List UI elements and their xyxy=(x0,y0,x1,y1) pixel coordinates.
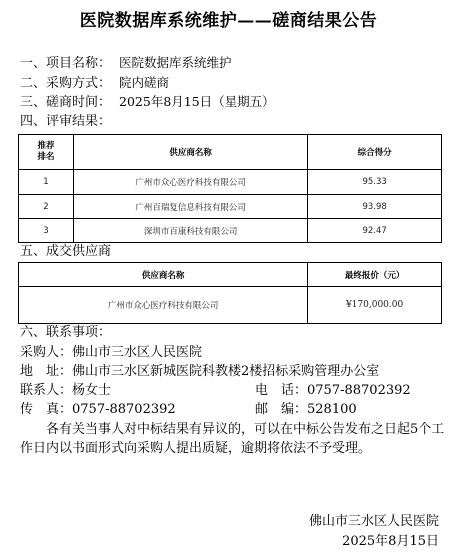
signature-org: 佛山市三水区人民医院 xyxy=(309,510,439,529)
table-row: 广州市众心医疗科技有限公司 ¥170,000.00 xyxy=(19,287,442,324)
table-row: 3 深圳市百康科技有限公司 92.47 xyxy=(19,219,442,243)
winner-heading: 五、成交供应商 xyxy=(20,244,111,260)
address-value: 佛山市三水区新城医院科教楼2楼招标采购管理办公室 xyxy=(72,364,379,380)
fax-label: 传 真： xyxy=(20,402,72,418)
table-row: 2 广州百瑞复信息科技有限公司 93.98 xyxy=(19,195,442,219)
phone-label: 电 话： xyxy=(255,383,307,399)
winner-label: 五、成交供应商 xyxy=(20,244,111,260)
price-cell: ¥170,000.00 xyxy=(308,287,442,324)
review-results-table: 推荐排名 供应商名称 综合得分 1 广州市众心医疗科技有限公司 95.33 2 … xyxy=(18,134,442,243)
negotiation-time-value: 2025年8月15日（星期五） xyxy=(119,94,275,110)
rank-cell: 1 xyxy=(19,170,74,195)
winning-supplier-table: 供应商名称 最终报价（元） 广州市众心医疗科技有限公司 ¥170,000.00 xyxy=(18,262,442,324)
negotiation-time-line: 三、磋商时间：2025年8月15日（星期五） xyxy=(20,94,275,111)
rank-cell: 2 xyxy=(19,195,74,219)
project-name-value: 医院数据库系统维护 xyxy=(119,55,232,71)
fax-line: 传 真：0757-88702392 xyxy=(20,402,176,418)
supplier-cell: 广州百瑞复信息科技有限公司 xyxy=(73,195,307,219)
header-supplier: 供应商名称 xyxy=(73,135,307,170)
signature-date: 2025年8月15日 xyxy=(342,530,439,549)
objection-notice: 各有关当事人对中标结果有异议的，可以在中标公告发布之日起5个工作日内以书面形式向… xyxy=(20,420,445,458)
contact-heading: 六、联系事项： xyxy=(20,325,111,341)
purchaser-label: 采购人： xyxy=(20,345,72,361)
procurement-method-line: 二、采购方式：院内磋商 xyxy=(20,75,169,92)
contact-person-value: 杨女士 xyxy=(72,383,111,399)
table-header-row: 供应商名称 最终报价（元） xyxy=(19,263,442,287)
project-name-label: 一、项目名称： xyxy=(20,56,111,72)
contact-person-line: 联系人：杨女士 xyxy=(20,383,111,399)
review-result-heading: 四、评审结果： xyxy=(20,114,111,130)
score-cell: 95.33 xyxy=(308,170,442,195)
table-header-row: 推荐排名 供应商名称 综合得分 xyxy=(19,135,442,170)
table-row: 1 广州市众心医疗科技有限公司 95.33 xyxy=(19,170,442,195)
postcode-label: 邮 编： xyxy=(255,402,307,418)
header-score: 综合得分 xyxy=(308,135,442,170)
purchaser-line: 采购人：佛山市三水区人民医院 xyxy=(20,345,202,361)
header-rank: 推荐排名 xyxy=(19,135,74,170)
rank-cell: 3 xyxy=(19,219,74,243)
procurement-method-value: 院内磋商 xyxy=(119,75,169,91)
negotiation-time-label: 三、磋商时间： xyxy=(20,95,111,111)
header-supplier: 供应商名称 xyxy=(19,263,308,287)
supplier-cell: 广州市众心医疗科技有限公司 xyxy=(73,170,307,195)
project-name-line: 一、项目名称：医院数据库系统维护 xyxy=(20,55,232,72)
phone-line: 电 话：0757-88702392 xyxy=(255,383,411,399)
contact-person-label: 联系人： xyxy=(20,383,72,399)
supplier-cell: 深圳市百康科技有限公司 xyxy=(73,219,307,243)
score-cell: 93.98 xyxy=(308,195,442,219)
postcode-line: 邮 编：528100 xyxy=(255,402,357,418)
header-final-price: 最终报价（元） xyxy=(308,263,442,287)
address-line: 地 址：佛山市三水区新城医院科教楼2楼招标采购管理办公室 xyxy=(20,364,379,380)
page-title: 医院数据库系统维护——磋商结果公告 xyxy=(0,6,457,31)
score-cell: 92.47 xyxy=(308,219,442,243)
fax-value: 0757-88702392 xyxy=(72,402,176,418)
procurement-method-label: 二、采购方式： xyxy=(20,76,111,92)
supplier-cell: 广州市众心医疗科技有限公司 xyxy=(19,287,308,324)
contact-label: 六、联系事项： xyxy=(20,325,111,341)
address-label: 地 址： xyxy=(20,364,72,380)
purchaser-value: 佛山市三水区人民医院 xyxy=(72,345,202,361)
phone-value: 0757-88702392 xyxy=(307,383,411,399)
postcode-value: 528100 xyxy=(307,402,357,418)
review-result-label: 四、评审结果： xyxy=(20,114,111,130)
